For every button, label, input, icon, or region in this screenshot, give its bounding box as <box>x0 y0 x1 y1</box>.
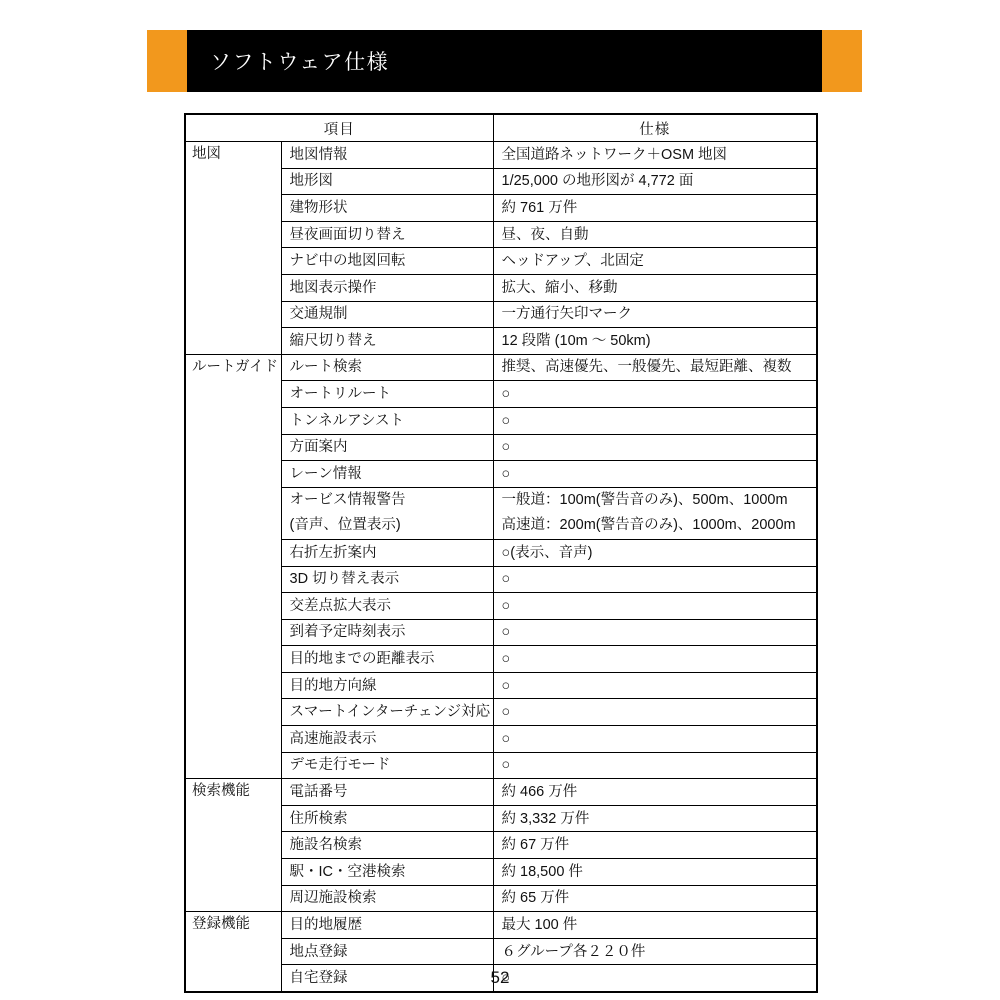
item-cell: レーン情報 <box>281 461 493 488</box>
spec-cell: 一方通行矢印マーク <box>493 301 817 328</box>
spec-cell: ○ <box>493 593 817 620</box>
spec-cell: 1/25,000 の地形図が 4,772 面 <box>493 168 817 195</box>
category-cell: 検索機能 <box>185 779 281 912</box>
spec-cell: ○ <box>493 407 817 434</box>
table-header-row: 項目 仕様 <box>185 114 817 142</box>
item-cell: 到着予定時刻表示 <box>281 619 493 646</box>
table-row: ルートガイドルート検索推奨、高速優先、一般優先、最短距離、複数 <box>185 354 817 381</box>
spec-cell: 推奨、高速優先、一般優先、最短距離、複数 <box>493 354 817 381</box>
col-header-item: 項目 <box>185 114 493 142</box>
spec-cell: 約 65 万件 <box>493 885 817 912</box>
title-bar: ソフトウェア仕様 <box>147 30 862 92</box>
item-cell: オービス情報警告(音声、位置表示) <box>281 487 493 539</box>
table-row: 検索機能電話番号約 466 万件 <box>185 779 817 806</box>
spec-cell: ○ <box>493 619 817 646</box>
page-title: ソフトウェア仕様 <box>210 46 389 76</box>
spec-cell: ヘッドアップ、北固定 <box>493 248 817 275</box>
title-accent-left <box>147 30 187 92</box>
spec-cell: ○ <box>493 699 817 726</box>
item-cell: 施設名検索 <box>281 832 493 859</box>
page-number: 52 <box>184 968 816 988</box>
item-cell: 地図表示操作 <box>281 274 493 301</box>
spec-cell: 昼、夜、自動 <box>493 221 817 248</box>
spec-cell: 最大 100 件 <box>493 912 817 939</box>
category-cell: 地図 <box>185 142 281 355</box>
title-bar-black: ソフトウェア仕様 <box>187 30 822 92</box>
spec-cell: ○ <box>493 672 817 699</box>
item-cell: 高速施設表示 <box>281 726 493 753</box>
spec-cell: 拡大、縮小、移動 <box>493 274 817 301</box>
item-cell: 交差点拡大表示 <box>281 593 493 620</box>
spec-cell: 全国道路ネットワーク＋OSM 地図 <box>493 142 817 169</box>
item-cell: 方面案内 <box>281 434 493 461</box>
document-page: ソフトウェア仕様 項目 仕様 地図地図情報全国道路ネットワーク＋OSM 地図地形… <box>0 0 1000 1000</box>
category-cell: ルートガイド <box>185 354 281 779</box>
item-cell: 目的地方向線 <box>281 672 493 699</box>
item-cell: 住所検索 <box>281 805 493 832</box>
item-cell: 昼夜画面切り替え <box>281 221 493 248</box>
item-cell: ナビ中の地図回転 <box>281 248 493 275</box>
item-cell: 地図情報 <box>281 142 493 169</box>
spec-cell: ○ <box>493 646 817 673</box>
item-cell: 3D 切り替え表示 <box>281 566 493 593</box>
spec-cell: ○ <box>493 381 817 408</box>
spec-cell: 12 段階 (10m ～ 50km) <box>493 328 817 355</box>
col-header-spec: 仕様 <box>493 114 817 142</box>
spec-cell: 約 3,332 万件 <box>493 805 817 832</box>
item-cell: 電話番号 <box>281 779 493 806</box>
spec-cell: ６グループ各２２０件 <box>493 938 817 965</box>
item-cell: 地形図 <box>281 168 493 195</box>
item-cell: デモ走行モード <box>281 752 493 779</box>
item-cell: 駅・IC・空港検索 <box>281 859 493 886</box>
item-cell: 右折左折案内 <box>281 539 493 566</box>
item-cell: ルート検索 <box>281 354 493 381</box>
spec-cell: ○ <box>493 726 817 753</box>
table-row: 登録機能目的地履歴最大 100 件 <box>185 912 817 939</box>
item-cell: 交通規制 <box>281 301 493 328</box>
spec-cell: 約 466 万件 <box>493 779 817 806</box>
spec-cell: ○ <box>493 752 817 779</box>
item-cell: 目的地履歴 <box>281 912 493 939</box>
spec-cell: 約 18,500 件 <box>493 859 817 886</box>
spec-cell: ○ <box>493 461 817 488</box>
item-cell: 建物形状 <box>281 195 493 222</box>
item-cell: トンネルアシスト <box>281 407 493 434</box>
spec-cell: 約 761 万件 <box>493 195 817 222</box>
spec-table: 項目 仕様 地図地図情報全国道路ネットワーク＋OSM 地図地形図1/25,000… <box>184 113 818 993</box>
spec-cell: 一般道：100m(警告音のみ)、500m、1000m高速道：200m(警告音のみ… <box>493 487 817 539</box>
spec-cell: ○(表示、音声) <box>493 539 817 566</box>
table-row: 地図地図情報全国道路ネットワーク＋OSM 地図 <box>185 142 817 169</box>
item-cell: 目的地までの距離表示 <box>281 646 493 673</box>
item-cell: スマートインターチェンジ対応 <box>281 699 493 726</box>
spec-cell: ○ <box>493 434 817 461</box>
item-cell: 縮尺切り替え <box>281 328 493 355</box>
item-cell: 周辺施設検索 <box>281 885 493 912</box>
title-accent-right <box>822 30 862 92</box>
spec-cell: 約 67 万件 <box>493 832 817 859</box>
item-cell: オートリルート <box>281 381 493 408</box>
spec-cell: ○ <box>493 566 817 593</box>
item-cell: 地点登録 <box>281 938 493 965</box>
